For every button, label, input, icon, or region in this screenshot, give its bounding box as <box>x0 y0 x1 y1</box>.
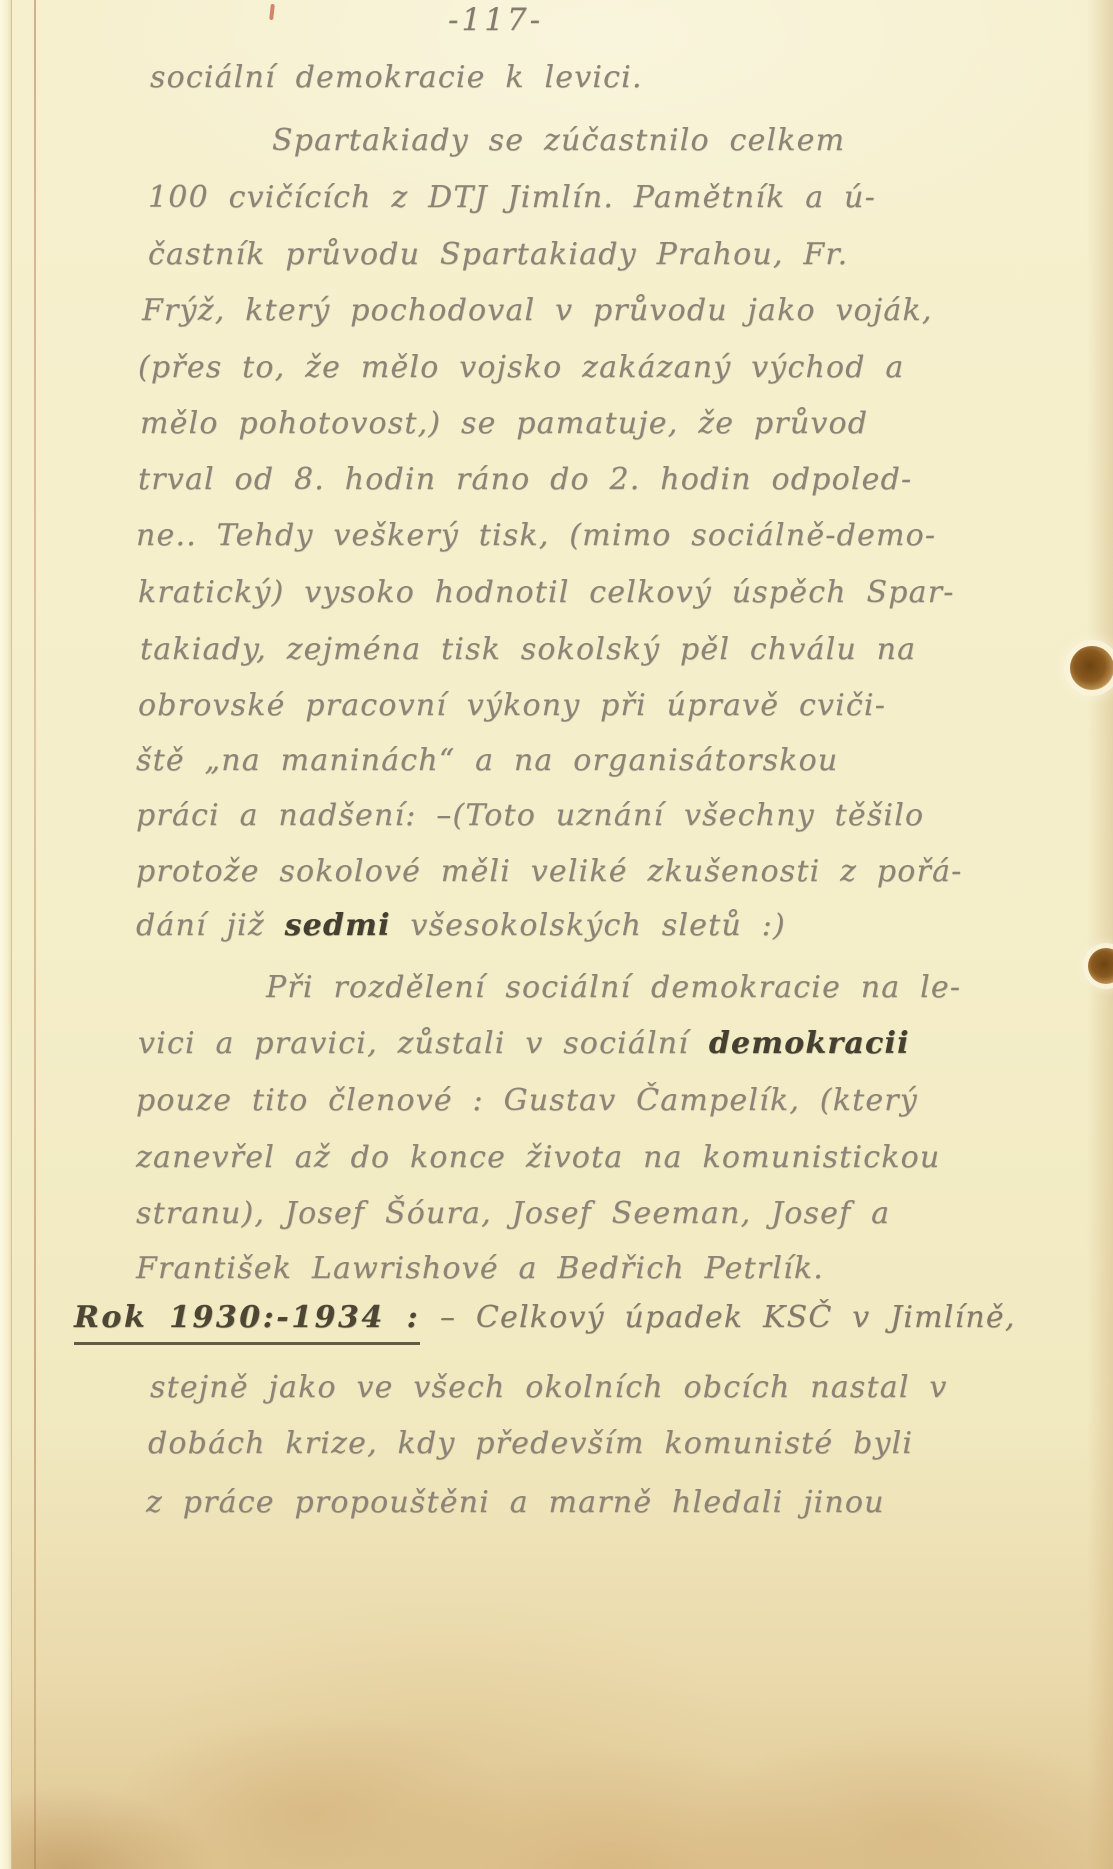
line-16-pre: dání již <box>136 908 285 943</box>
section-heading-rok-1930-1934: Rok 1930:-1934 : – Celkový úpadek KSČ v … <box>74 1300 1016 1335</box>
handwritten-line-17: Při rozdělení sociální demokracie na le- <box>266 970 961 1005</box>
handwritten-line-25: dobách krize, kdy především komunisté by… <box>148 1426 913 1461</box>
page-stack-edge <box>0 0 12 1869</box>
handwritten-line-11: takiady, zejména tisk sokolský pěl chvál… <box>140 632 916 667</box>
handwritten-line-5: Frýž, který pochodoval v průvodu jako vo… <box>142 293 933 328</box>
handwritten-line-7: mělo pohotovost,) se pamatuje, že průvod <box>140 406 868 441</box>
handwritten-line-20: zanevřel až do konce života na komunisti… <box>136 1140 940 1175</box>
page-number: -117- <box>448 2 543 38</box>
handwritten-line-9: ne.. Tehdy veškerý tisk, (mimo sociálně-… <box>136 518 936 553</box>
right-page-edge <box>1087 0 1113 1869</box>
handwritten-line-10: kratický) vysoko hodnotil celkový úspěch… <box>138 575 955 610</box>
handwritten-line-2: Spartakiady se zúčastnilo celkem <box>272 123 845 158</box>
line-18-pre: vici a pravici, zůstali v sociální <box>138 1026 709 1061</box>
handwritten-line-15: protože sokolové měli veliké zkušenosti … <box>136 854 963 889</box>
handwritten-line-6: (přes to, že mělo vojsko zakázaný východ… <box>138 350 904 385</box>
heading-dash: – <box>420 1300 476 1335</box>
binding-fold-line <box>34 0 36 1869</box>
scanned-page: -117- sociální demokracie k levici. Spar… <box>0 0 1113 1869</box>
handwritten-line-13: ště „na maninách“ a na organisátorskou <box>136 743 838 778</box>
line-16-post: všesokolských sletů :) <box>391 908 786 943</box>
handwritten-line-24: stejně jako ve všech okolních obcích nas… <box>150 1370 948 1405</box>
handwritten-line-12: obrovské pracovní výkony při úpravě cvič… <box>138 688 886 723</box>
handwritten-line-19: pouze tito členové : Gustav Čampelík, (k… <box>136 1083 918 1118</box>
handwritten-line-21: stranu), Josef Šóura, Josef Seeman, Jose… <box>136 1196 890 1231</box>
heading-underlined-text: Rok 1930:-1934 : <box>74 1300 420 1345</box>
handwritten-line-8: trval od 8. hodin ráno do 2. hodin odpol… <box>138 462 912 497</box>
handwritten-line-1: sociální demokracie k levici. <box>150 60 643 95</box>
heading-rest-text: Celkový úpadek KSČ v Jimlíně, <box>476 1300 1016 1335</box>
handwritten-line-3: 100 cvičících z DTJ Jimlín. Pamětník a ú… <box>148 180 876 215</box>
handwritten-line-22: František Lawrishové a Bedřich Petrlík. <box>136 1251 824 1286</box>
handwritten-line-26: z práce propouštěni a marně hledali jino… <box>146 1485 885 1520</box>
ink-stain <box>269 4 275 20</box>
handwritten-line-4: častník průvodu Spartakiady Prahou, Fr. <box>148 237 848 272</box>
handwritten-line-16: dání již sedmi všesokolských sletů :) <box>136 908 786 943</box>
handwritten-line-18: vici a pravici, zůstali v sociální demok… <box>138 1026 910 1061</box>
overwritten-word-sedmi: sedmi <box>285 908 391 943</box>
overwritten-word-demokracii: demokracii <box>709 1026 910 1061</box>
handwritten-line-14: práci a nadšení: –(Toto uznání všechny t… <box>136 798 924 833</box>
burn-spot <box>1070 646 1113 690</box>
